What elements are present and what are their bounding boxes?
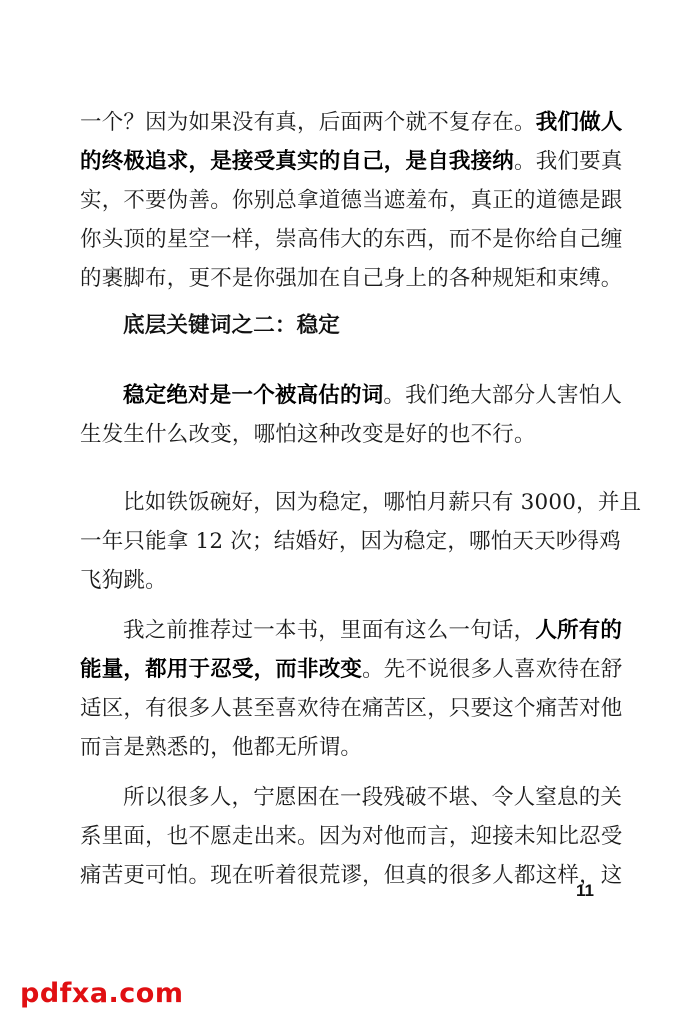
body-text: 痛苦更可怕。现在听着很荒谬，但真的很多人都这样，这 [80, 863, 623, 888]
body-text: 你头顶的星空一样，崇高伟大的东西，而不是你给自己缠 [80, 227, 623, 252]
body-text: 的裹脚布，更不是你强加在自己身上的各种规矩和束缚。 [80, 266, 623, 291]
paragraph-line: 一年只能拿 12 次；结婚好，因为稳定，哪怕天天吵得鸡 [80, 525, 592, 559]
page-number: 11 [576, 881, 594, 901]
document-page: 一个？因为如果没有真，后面两个就不复存在。我们做人 的终极追求，是接受真实的自己… [0, 0, 693, 1024]
watermark-link[interactable]: pdfxa.com [20, 978, 183, 1009]
body-text: 一个？因为如果没有真，后面两个就不复存在。 [80, 110, 536, 135]
paragraph-line: 飞狗跳。 [80, 564, 592, 598]
paragraph-line: 我之前推荐过一本书，里面有这么一句话，人所有的 [123, 614, 593, 648]
paragraph-line: 一个？因为如果没有真，后面两个就不复存在。我们做人 [80, 106, 592, 140]
paragraph-line: 而言是熟悉的，他都无所谓。 [80, 731, 592, 765]
bold-emphasis: 的终极追求，是接受真实的自己，是自我接纳 [80, 149, 514, 174]
paragraph-line: 能量，都用于忍受，而非改变。先不说很多人喜欢待在舒 [80, 653, 592, 687]
body-text: 。先不说很多人喜欢待在舒 [362, 657, 622, 682]
bold-emphasis: 人所有的 [535, 618, 622, 643]
paragraph-line: 的裹脚布，更不是你强加在自己身上的各种规矩和束缚。 [80, 262, 592, 296]
body-text: 。我们要真 [514, 149, 623, 174]
body-text: 所以很多人，宁愿困在一段残破不堪、令人窒息的关 [123, 785, 622, 810]
bold-emphasis: 我们做人 [536, 110, 623, 135]
body-text: 。我们绝大部分人害怕人 [383, 383, 622, 408]
paragraph-line: 所以很多人，宁愿困在一段残破不堪、令人窒息的关 [123, 781, 593, 815]
body-text: 适区，有很多人甚至喜欢待在痛苦区，只要这个痛苦对他 [80, 696, 623, 721]
paragraph-line: 的终极追求，是接受真实的自己，是自我接纳。我们要真 [80, 145, 592, 179]
paragraph-line: 痛苦更可怕。现在听着很荒谬，但真的很多人都这样，这 [80, 859, 592, 893]
paragraph-line: 系里面，也不愿走出来。因为对他而言，迎接未知比忍受 [80, 820, 592, 854]
paragraph-line: 稳定绝对是一个被高估的词。我们绝大部分人害怕人 [123, 379, 593, 413]
body-text: 飞狗跳。 [80, 568, 167, 593]
body-text: 一年只能拿 12 次；结婚好，因为稳定，哪怕天天吵得鸡 [80, 529, 621, 554]
bold-emphasis: 能量，都用于忍受，而非改变 [80, 657, 362, 682]
bold-emphasis: 稳定绝对是一个被高估的词 [123, 383, 383, 408]
section-heading: 底层关键词之二：稳定 [123, 309, 593, 343]
paragraph-line: 比如铁饭碗好，因为稳定，哪怕月薪只有 3000，并且 [123, 486, 593, 520]
body-text: 比如铁饭碗好，因为稳定，哪怕月薪只有 3000，并且 [123, 490, 641, 515]
paragraph-line: 实，不要伪善。你别总拿道德当遮羞布，真正的道德是跟 [80, 184, 592, 218]
paragraph-line: 适区，有很多人甚至喜欢待在痛苦区，只要这个痛苦对他 [80, 692, 592, 726]
body-text: 系里面，也不愿走出来。因为对他而言，迎接未知比忍受 [80, 824, 623, 849]
body-text: 生发生什么改变，哪怕这种改变是好的也不行。 [80, 422, 536, 447]
body-text: 实，不要伪善。你别总拿道德当遮羞布，真正的道德是跟 [80, 188, 623, 213]
paragraph-line: 你头顶的星空一样，崇高伟大的东西，而不是你给自己缠 [80, 223, 592, 257]
paragraph-line: 生发生什么改变，哪怕这种改变是好的也不行。 [80, 418, 592, 452]
body-text: 我之前推荐过一本书，里面有这么一句话， [123, 618, 535, 643]
body-text: 而言是熟悉的，他都无所谓。 [80, 735, 362, 760]
